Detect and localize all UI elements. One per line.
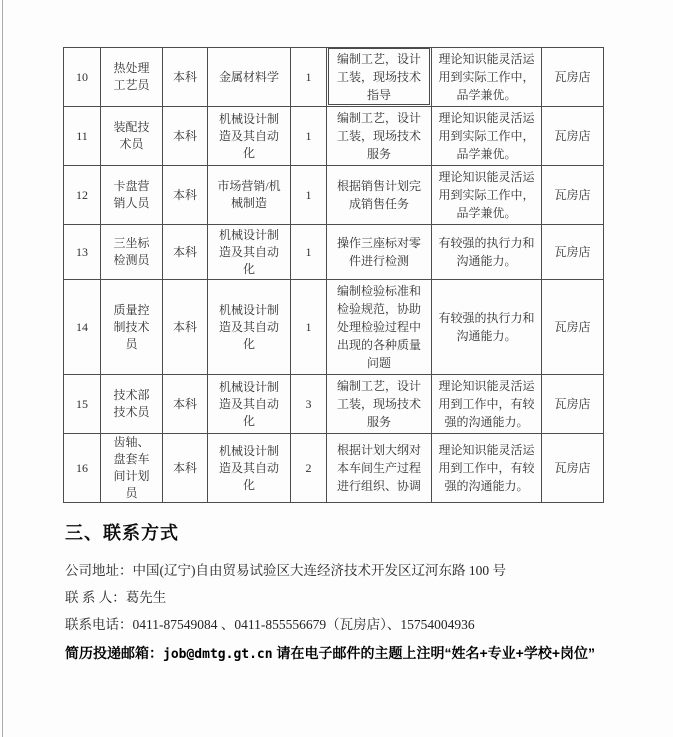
table-row: 15 技术部技术员 本科 机械设计制造及其自动化 3 编制工艺，设计工装，现场技… (64, 375, 604, 434)
cell-row-number: 12 (64, 166, 101, 225)
scan-edge-shadow (2, 0, 3, 737)
cell-location: 瓦房店 (542, 166, 604, 225)
cell-requirements: 理论知识能灵活运用到工作中，有较强的沟通能力。 (432, 434, 542, 503)
company-address-value: 中国(辽宁)自由贸易试验区大连经济技术开发区辽河东路 100 号 (133, 563, 507, 578)
contact-person-label: 联 系 人： (65, 590, 126, 605)
cell-row-number: 15 (64, 375, 101, 434)
duties-text: 根据计划大纲对本车间生产过程进行组织、协调 (327, 439, 431, 497)
cell-row-number: 11 (64, 107, 101, 166)
contact-person-value: 葛先生 (126, 590, 167, 605)
contact-section-heading: 三、联系方式 (65, 519, 635, 545)
cell-location: 瓦房店 (542, 375, 604, 434)
cell-requirements: 理论知识能灵活运用到实际工作中，品学兼优。 (432, 48, 542, 107)
contact-section: 三、联系方式 公司地址：中国(辽宁)自由贸易试验区大连经济技术开发区辽河东路 1… (65, 519, 635, 673)
cell-headcount: 1 (291, 166, 327, 225)
duties-text: 操作三座标对零件进行检测 (327, 232, 431, 272)
cell-location: 瓦房店 (542, 225, 604, 280)
major-text: 市场营销/机械制造 (208, 178, 290, 212)
duties-text: 编制工艺，设计工装，现场技术服务 (327, 375, 431, 433)
cell-education: 本科 (163, 375, 208, 434)
cell-education: 本科 (163, 48, 208, 107)
cell-location: 瓦房店 (542, 107, 604, 166)
position-text: 质量控制技术员 (101, 302, 162, 353)
cell-headcount: 1 (291, 280, 327, 375)
cell-position: 热处理工艺员 (101, 48, 163, 107)
cell-requirements: 理论知识能灵活运用到实际工作中，品学兼优。 (432, 166, 542, 225)
cell-headcount: 2 (291, 434, 327, 503)
cell-duties: 编制工艺，设计工装，现场技术指导 (327, 48, 432, 107)
cell-education: 本科 (163, 166, 208, 225)
table-row: 13 三坐标检测员 本科 机械设计制造及其自动化 1 操作三座标对零件进行检测 … (64, 225, 604, 280)
major-text: 机械设计制造及其自动化 (208, 379, 290, 430)
cell-headcount: 3 (291, 375, 327, 434)
duties-text: 根据销售计划完成销售任务 (327, 175, 431, 215)
cell-requirements: 有较强的执行力和沟通能力。 (432, 225, 542, 280)
cell-requirements: 理论知识能灵活运用到工作中，有较强的沟通能力。 (432, 375, 542, 434)
table-row: 14 质量控制技术员 本科 机械设计制造及其自动化 1 编制检验标准和检验规范，… (64, 280, 604, 375)
recruitment-table-body: 10 热处理工艺员 本科 金属材料学 1 编制工艺，设计工装，现场技术指导 理论… (64, 48, 604, 503)
table-row: 12 卡盘营销人员 本科 市场营销/机械制造 1 根据销售计划完成销售任务 理论… (64, 166, 604, 225)
cell-location: 瓦房店 (542, 434, 604, 503)
resume-email-address: job@dmtg.gt.cn (163, 647, 273, 662)
cell-major: 金属材料学 (208, 48, 291, 107)
requirements-text: 理论知识能灵活运用到实际工作中，品学兼优。 (432, 48, 541, 106)
position-text: 装配技术员 (101, 119, 162, 153)
recruitment-table: 10 热处理工艺员 本科 金属材料学 1 编制工艺，设计工装，现场技术指导 理论… (63, 47, 604, 503)
cell-major: 机械设计制造及其自动化 (208, 280, 291, 375)
cell-duties: 根据计划大纲对本车间生产过程进行组织、协调 (327, 434, 432, 503)
major-text: 机械设计制造及其自动化 (208, 302, 290, 353)
position-text: 技术部技术员 (101, 387, 162, 421)
requirements-text: 理论知识能灵活运用到实际工作中，品学兼优。 (432, 166, 541, 224)
major-text: 金属材料学 (208, 69, 290, 86)
resume-email-label: 简历投递邮箱： (65, 645, 163, 661)
cell-position: 技术部技术员 (101, 375, 163, 434)
table-row: 16 齿轴、盘套车间计划员 本科 机械设计制造及其自动化 2 根据计划大纲对本车… (64, 434, 604, 503)
requirements-text: 理论知识能灵活运用到工作中，有较强的沟通能力。 (432, 375, 541, 433)
major-text: 机械设计制造及其自动化 (208, 111, 290, 162)
requirements-text: 有较强的执行力和沟通能力。 (432, 232, 541, 272)
contact-person-line: 联 系 人：葛先生 (65, 589, 635, 606)
cell-headcount: 1 (291, 225, 327, 280)
position-text: 齿轴、盘套车间计划员 (101, 434, 162, 502)
cell-major: 机械设计制造及其自动化 (208, 375, 291, 434)
cell-requirements: 有较强的执行力和沟通能力。 (432, 280, 542, 375)
cell-duties: 根据销售计划完成销售任务 (327, 166, 432, 225)
cell-major: 机械设计制造及其自动化 (208, 434, 291, 503)
contact-phone-label: 联系电话： (65, 617, 133, 632)
contact-phone-line: 联系电话：0411-87549084 、0411-855556679（瓦房店）、… (65, 616, 635, 633)
duties-text: 编制检验标准和检验规范，协助处理检验过程中出现的各种质量问题 (327, 280, 431, 374)
duties-text: 编制工艺，设计工装，现场技术指导 (327, 48, 431, 106)
cell-education: 本科 (163, 280, 208, 375)
cell-duties: 操作三座标对零件进行检测 (327, 225, 432, 280)
cell-row-number: 16 (64, 434, 101, 503)
cell-major: 市场营销/机械制造 (208, 166, 291, 225)
cell-education: 本科 (163, 434, 208, 503)
contact-phone-value: 0411-87549084 、0411-855556679（瓦房店）、15754… (133, 617, 475, 632)
cell-duties: 编制工艺，设计工装，现场技术服务 (327, 107, 432, 166)
cell-position: 卡盘营销人员 (101, 166, 163, 225)
cell-education: 本科 (163, 107, 208, 166)
company-address-label: 公司地址： (65, 563, 133, 578)
cell-education: 本科 (163, 225, 208, 280)
document-page: 10 热处理工艺员 本科 金属材料学 1 编制工艺，设计工装，现场技术指导 理论… (0, 0, 673, 737)
requirements-text: 有较强的执行力和沟通能力。 (432, 307, 541, 347)
cell-position: 质量控制技术员 (101, 280, 163, 375)
cell-requirements: 理论知识能灵活运用到实际工作中，品学兼优。 (432, 107, 542, 166)
position-text: 热处理工艺员 (101, 60, 162, 94)
cell-location: 瓦房店 (542, 48, 604, 107)
company-address-line: 公司地址：中国(辽宁)自由贸易试验区大连经济技术开发区辽河东路 100 号 (65, 562, 635, 579)
table-row: 11 装配技术员 本科 机械设计制造及其自动化 1 编制工艺，设计工装，现场技术… (64, 107, 604, 166)
cell-location: 瓦房店 (542, 280, 604, 375)
major-text: 机械设计制造及其自动化 (208, 227, 290, 278)
cell-headcount: 1 (291, 48, 327, 107)
resume-email-line: 简历投递邮箱：job@dmtg.gt.cn 请在电子邮件的主题上注明“姓名+专业… (65, 645, 635, 663)
cell-duties: 编制检验标准和检验规范，协助处理检验过程中出现的各种质量问题 (327, 280, 432, 375)
position-text: 卡盘营销人员 (101, 178, 162, 212)
requirements-text: 理论知识能灵活运用到工作中，有较强的沟通能力。 (432, 439, 541, 497)
cell-major: 机械设计制造及其自动化 (208, 225, 291, 280)
cell-row-number: 13 (64, 225, 101, 280)
cell-position: 装配技术员 (101, 107, 163, 166)
position-text: 三坐标检测员 (101, 235, 162, 269)
table-row: 10 热处理工艺员 本科 金属材料学 1 编制工艺，设计工装，现场技术指导 理论… (64, 48, 604, 107)
requirements-text: 理论知识能灵活运用到实际工作中，品学兼优。 (432, 107, 541, 165)
cell-duties: 编制工艺，设计工装，现场技术服务 (327, 375, 432, 434)
cell-row-number: 10 (64, 48, 101, 107)
cell-headcount: 1 (291, 107, 327, 166)
major-text: 机械设计制造及其自动化 (208, 443, 290, 494)
cell-row-number: 14 (64, 280, 101, 375)
resume-email-note: 请在电子邮件的主题上注明“姓名+专业+学校+岗位” (276, 645, 595, 661)
duties-text: 编制工艺，设计工装，现场技术服务 (327, 107, 431, 165)
cell-position: 三坐标检测员 (101, 225, 163, 280)
cell-position: 齿轴、盘套车间计划员 (101, 434, 163, 503)
cell-major: 机械设计制造及其自动化 (208, 107, 291, 166)
